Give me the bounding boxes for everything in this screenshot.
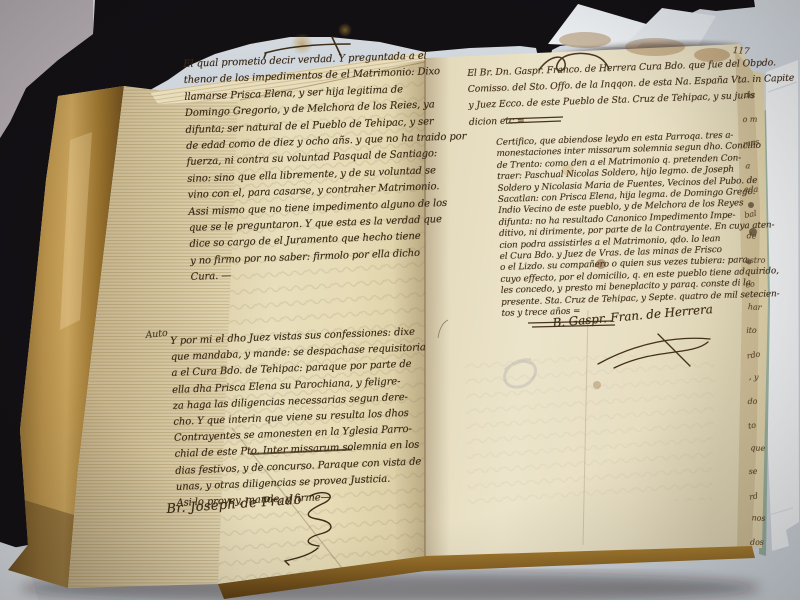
fragment: har <box>747 295 772 320</box>
fragment: dos <box>750 530 774 554</box>
fragment: a <box>745 154 770 179</box>
fragment: co <box>744 270 772 297</box>
right-signature-rubric <box>596 332 714 370</box>
heading-dash <box>505 116 567 126</box>
fragment: mas <box>741 129 769 156</box>
fragment: de <box>746 224 771 249</box>
fragment: ito <box>746 319 770 343</box>
right-page-body: Certifico, que abiendose leydo en esta P… <box>496 129 780 320</box>
fragment: do <box>747 389 771 413</box>
fragment: nos <box>751 506 776 531</box>
fragment: eda <box>744 178 768 202</box>
fragment: rdo <box>745 340 773 367</box>
fragment: rd <box>747 481 775 508</box>
fragment: que <box>750 436 775 461</box>
fragment: , y <box>749 365 774 390</box>
left-page-paragraph-2: Y por mi el dho Juez vistas sus confessi… <box>170 324 432 512</box>
margin-note-auto: Auto <box>145 328 168 341</box>
left-page-paragraph-1: El qual prometio decir verdad. Y pregunt… <box>183 47 471 286</box>
left-signature-rubric <box>282 488 342 566</box>
fragment: do <box>744 83 769 108</box>
fragment: o m <box>742 107 766 131</box>
fragment: bal <box>742 199 770 226</box>
fragment: to <box>746 411 774 438</box>
fragment: se <box>749 460 773 484</box>
fragment: astro <box>745 248 769 272</box>
manuscript-photo: El qual prometio decir verdad. Y pregunt… <box>0 0 800 600</box>
